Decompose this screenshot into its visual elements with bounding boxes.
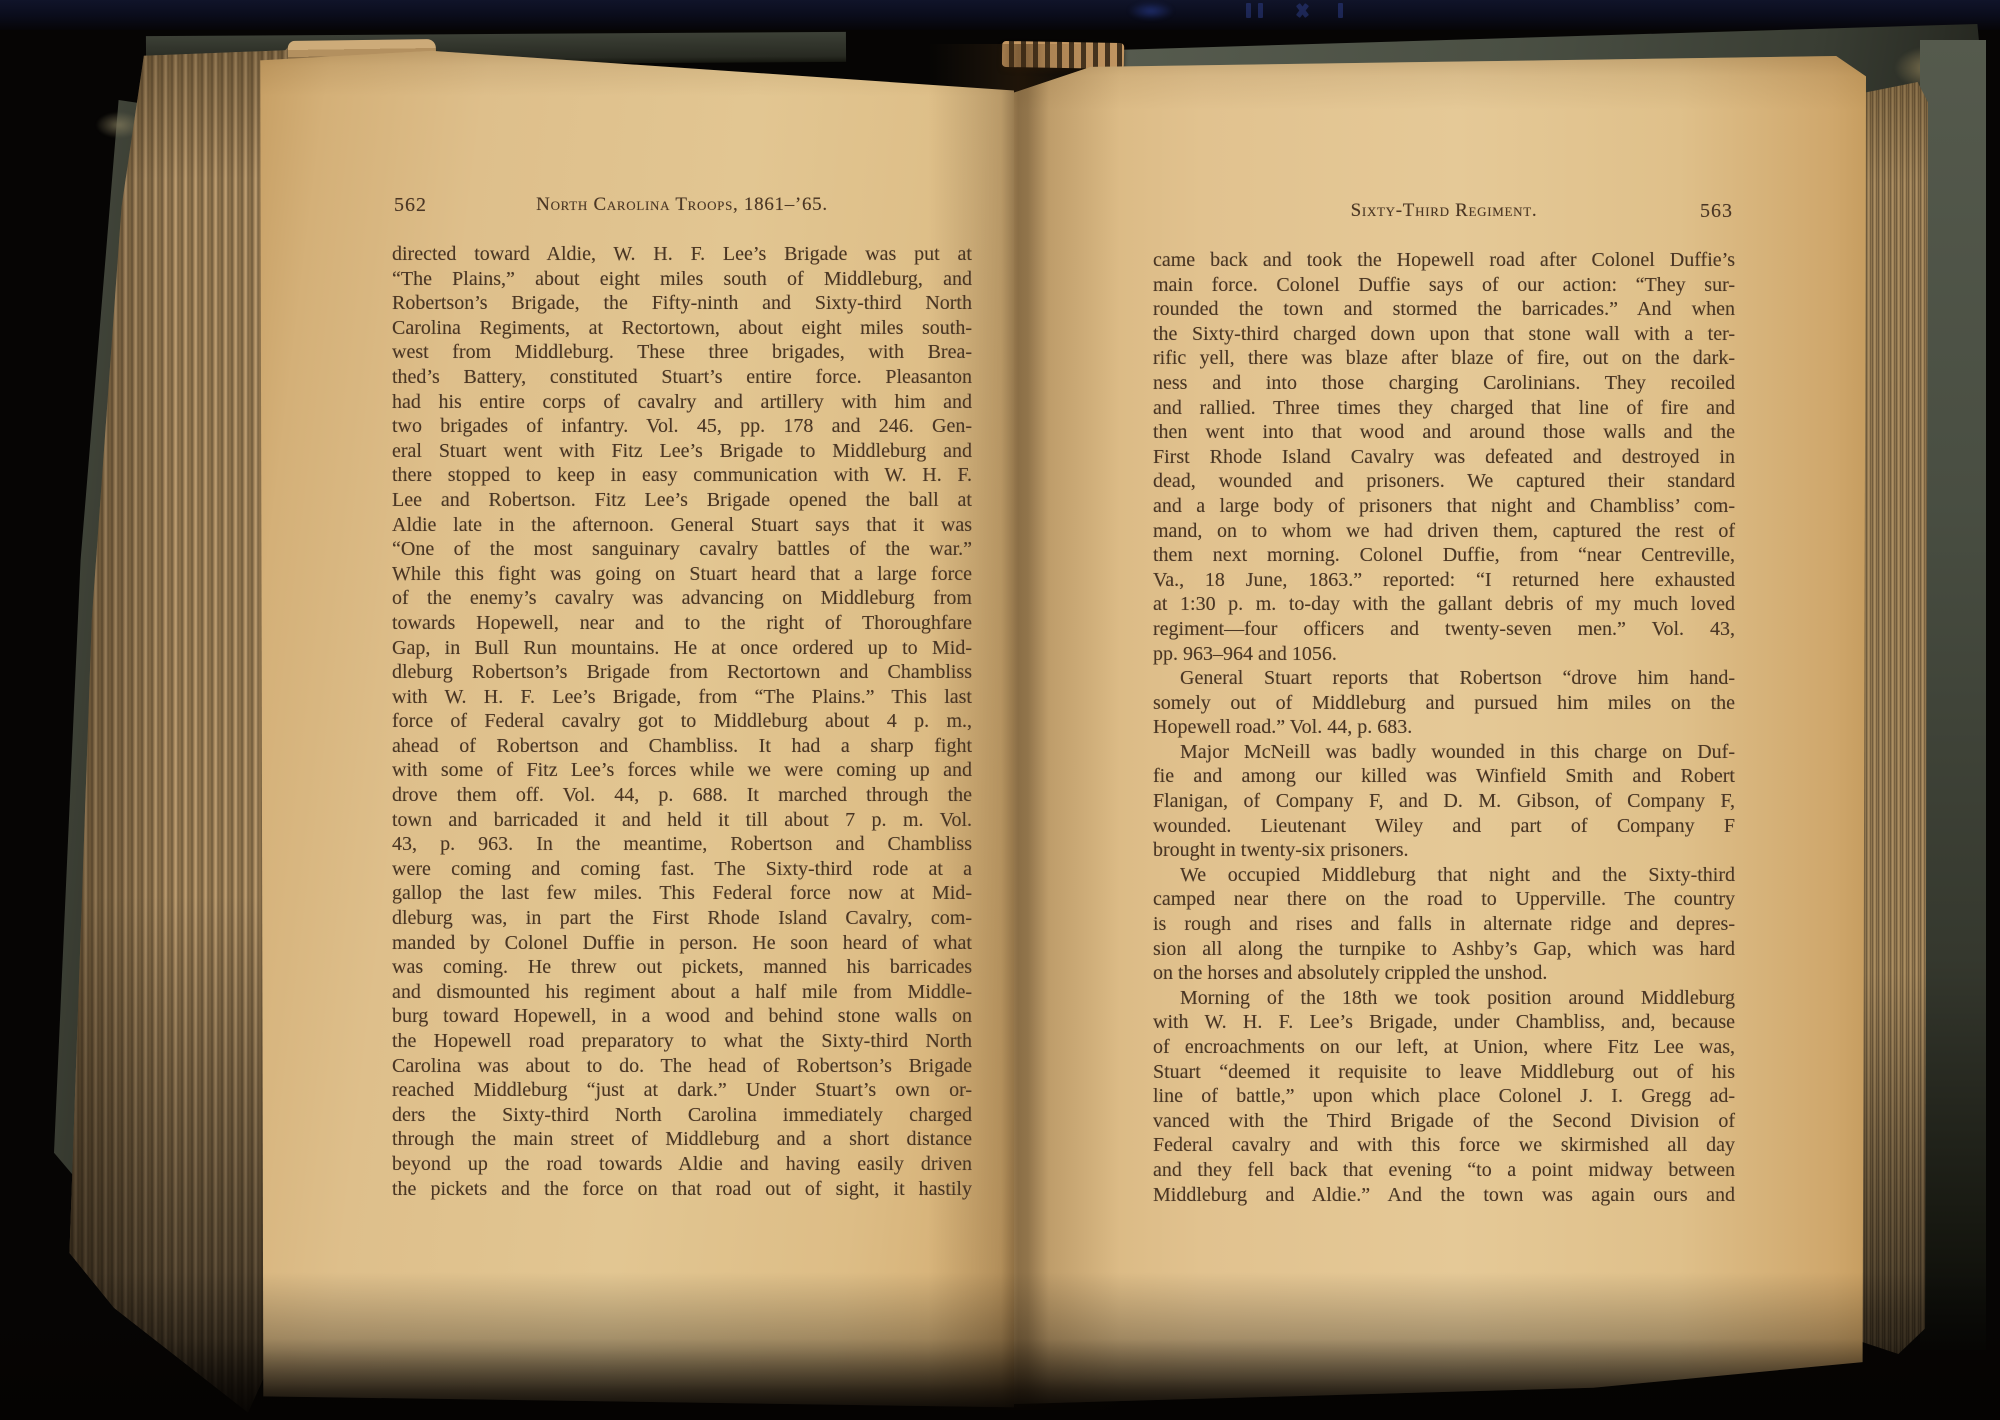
text-line: gallop the last few miles. This Federal … (392, 881, 972, 906)
text-line: dleburg was, in part the First Rhode Isl… (392, 906, 972, 931)
left-page-text: 562 North Carolina Troops, 1861–’65. dir… (392, 194, 972, 1201)
left-page-body: directed toward Aldie, W. H. F. Lee’s Br… (392, 242, 972, 1201)
text-line: Middleburg and Aldie.” And the town was … (1153, 1183, 1735, 1208)
text-line: Major McNeill was badly wounded in this … (1153, 740, 1735, 765)
text-line: Morning of the 18th we took position aro… (1153, 986, 1735, 1011)
photograph-of-open-book: 562 North Carolina Troops, 1861–’65. dir… (0, 0, 2000, 1420)
text-line: were coming and coming fast. The Sixty-t… (392, 857, 972, 882)
text-line: drove them off. Vol. 44, p. 688. It marc… (392, 783, 972, 808)
page-number-right: 563 (1700, 200, 1733, 223)
text-line: of encroachments on our left, at Union, … (1153, 1035, 1735, 1060)
page-number-left: 562 (394, 194, 427, 217)
text-line: pp. 963–964 and 1056. (1153, 642, 1735, 667)
text-line: then went into that wood and around thos… (1153, 420, 1735, 445)
text-line: two brigades of infantry. Vol. 45, pp. 1… (392, 414, 972, 439)
text-line: camped near there on the road to Uppervi… (1153, 887, 1735, 912)
text-line: ders the Sixty-third North Carolina imme… (392, 1103, 972, 1128)
text-line: First Rhode Island Cavalry was defeated … (1153, 445, 1735, 470)
photo-backdrop-top (0, 0, 2000, 30)
text-line: ahead of Robertson and Chambliss. It had… (392, 734, 972, 759)
spine-headband (1002, 41, 1124, 69)
text-line: rounded the town and stormed the barrica… (1153, 297, 1735, 322)
text-line: “The Plains,” about eight miles south of… (392, 267, 972, 292)
right-page-body: came back and took the Hopewell road aft… (1153, 248, 1735, 1207)
book-cover-right-board (1920, 40, 1986, 1350)
text-line: of the enemy’s cavalry was advancing on … (392, 586, 972, 611)
faint-blue-mark (1128, 2, 1174, 20)
text-line: dead, wounded and prisoners. We captured… (1153, 469, 1735, 494)
text-line: While this fight was going on Stuart hea… (392, 562, 972, 587)
text-line: came back and took the Hopewell road aft… (1153, 248, 1735, 273)
right-running-header-row: Sixty-Third Regiment. 563 (1153, 200, 1735, 248)
text-line: reached Middleburg “just at dark.” Under… (392, 1078, 972, 1103)
text-line: beyond up the road towards Aldie and hav… (392, 1152, 972, 1177)
text-line: Aldie late in the afternoon. General Stu… (392, 513, 972, 538)
text-line: We occupied Middleburg that night and th… (1153, 863, 1735, 888)
text-line: and rallied. Three times they charged th… (1153, 396, 1735, 421)
text-line: ness and into those charging Carolinians… (1153, 371, 1735, 396)
text-line: brought in twenty-six prisoners. (1153, 838, 1735, 863)
text-line: “One of the most sanguinary cavalry batt… (392, 537, 972, 562)
text-line: Federal cavalry and with this force we s… (1153, 1133, 1735, 1158)
text-line: line of battle,” upon which place Colone… (1153, 1084, 1735, 1109)
text-line: thed’s Battery, constituted Stuart’s ent… (392, 365, 972, 390)
text-line: there stopped to keep in easy communicat… (392, 463, 972, 488)
text-line: dleburg Robertson’s Brigade from Rectort… (392, 660, 972, 685)
text-line: Robertson’s Brigade, the Fifty-ninth and… (392, 291, 972, 316)
text-line: Stuart “deemed it requisite to leave Mid… (1153, 1060, 1735, 1085)
text-line: had his entire corps of cavalry and arti… (392, 390, 972, 415)
text-line: Lee and Robertson. Fitz Lee’s Brigade op… (392, 488, 972, 513)
text-line: wounded. Lieutenant Wiley and part of Co… (1153, 814, 1735, 839)
text-line: towards Hopewell, near and to the right … (392, 611, 972, 636)
right-page-text: Sixty-Third Regiment. 563 came back and … (1153, 200, 1735, 1207)
text-line: Gap, in Bull Run mountains. He at once o… (392, 636, 972, 661)
text-line: regiment—four officers and twenty-seven … (1153, 617, 1735, 642)
text-line: somely out of Middleburg and pursued him… (1153, 691, 1735, 716)
text-line: rific yell, there was blaze after blaze … (1153, 346, 1735, 371)
text-line: General Stuart reports that Robertson “d… (1153, 666, 1735, 691)
text-line: town and barricaded it and held it till … (392, 808, 972, 833)
text-line: was coming. He threw out pickets, manned… (392, 955, 972, 980)
text-line: is rough and rises and falls in alternat… (1153, 912, 1735, 937)
text-line: Flanigan, of Company F, and D. M. Gibson… (1153, 789, 1735, 814)
text-line: and dismounted his regiment about a half… (392, 980, 972, 1005)
text-line: with some of Fitz Lee’s forces while we … (392, 758, 972, 783)
text-line: and they fell back that evening “to a po… (1153, 1158, 1735, 1183)
text-line: burg toward Hopewell, in a wood and behi… (392, 1004, 972, 1029)
text-line: the Sixty-third charged down upon that s… (1153, 322, 1735, 347)
running-header-right: Sixty-Third Regiment. (1153, 200, 1735, 222)
text-line: them next morning. Colonel Duffie, from … (1153, 543, 1735, 568)
text-line: manded by Colonel Duffie in person. He s… (392, 931, 972, 956)
text-line: and a large body of prisoners that night… (1153, 494, 1735, 519)
text-line: eral Stuart went with Fitz Lee’s Brigade… (392, 439, 972, 464)
text-line: at 1:30 p. m. to-day with the gallant de… (1153, 592, 1735, 617)
text-line: Va., 18 June, 1863.” reported: “I return… (1153, 568, 1735, 593)
text-line: main force. Colonel Duffie says of our a… (1153, 273, 1735, 298)
text-line: the Hopewell road preparatory to what th… (392, 1029, 972, 1054)
text-line: sion all along the turnpike to Ashby’s G… (1153, 937, 1735, 962)
faint-spine-marks (1242, 1, 1362, 21)
left-running-header-row: 562 North Carolina Troops, 1861–’65. (392, 194, 972, 242)
text-line: Carolina was about to do. The head of Ro… (392, 1054, 972, 1079)
text-line: Carolina Regiments, at Rectortown, about… (392, 316, 972, 341)
text-line: vanced with the Third Brigade of the Sec… (1153, 1109, 1735, 1134)
text-line: with W. H. F. Lee’s Brigade, from “The P… (392, 685, 972, 710)
text-line: mand, on to whom we had driven them, cap… (1153, 519, 1735, 544)
text-line: force of Federal cavalry got to Middlebu… (392, 709, 972, 734)
running-header-left: North Carolina Troops, 1861–’65. (392, 194, 972, 216)
text-line: the pickets and the force on that road o… (392, 1177, 972, 1202)
text-line: through the main street of Middleburg an… (392, 1127, 972, 1152)
text-line: with W. H. F. Lee’s Brigade, under Chamb… (1153, 1010, 1735, 1035)
text-line: on the horses and absolutely crippled th… (1153, 961, 1735, 986)
text-line: west from Middleburg. These three brigad… (392, 340, 972, 365)
text-line: fie and among our killed was Winfield Sm… (1153, 764, 1735, 789)
text-line: 43, p. 963. In the meantime, Robertson a… (392, 832, 972, 857)
text-line: Hopewell road.” Vol. 44, p. 683. (1153, 715, 1735, 740)
text-line: directed toward Aldie, W. H. F. Lee’s Br… (392, 242, 972, 267)
